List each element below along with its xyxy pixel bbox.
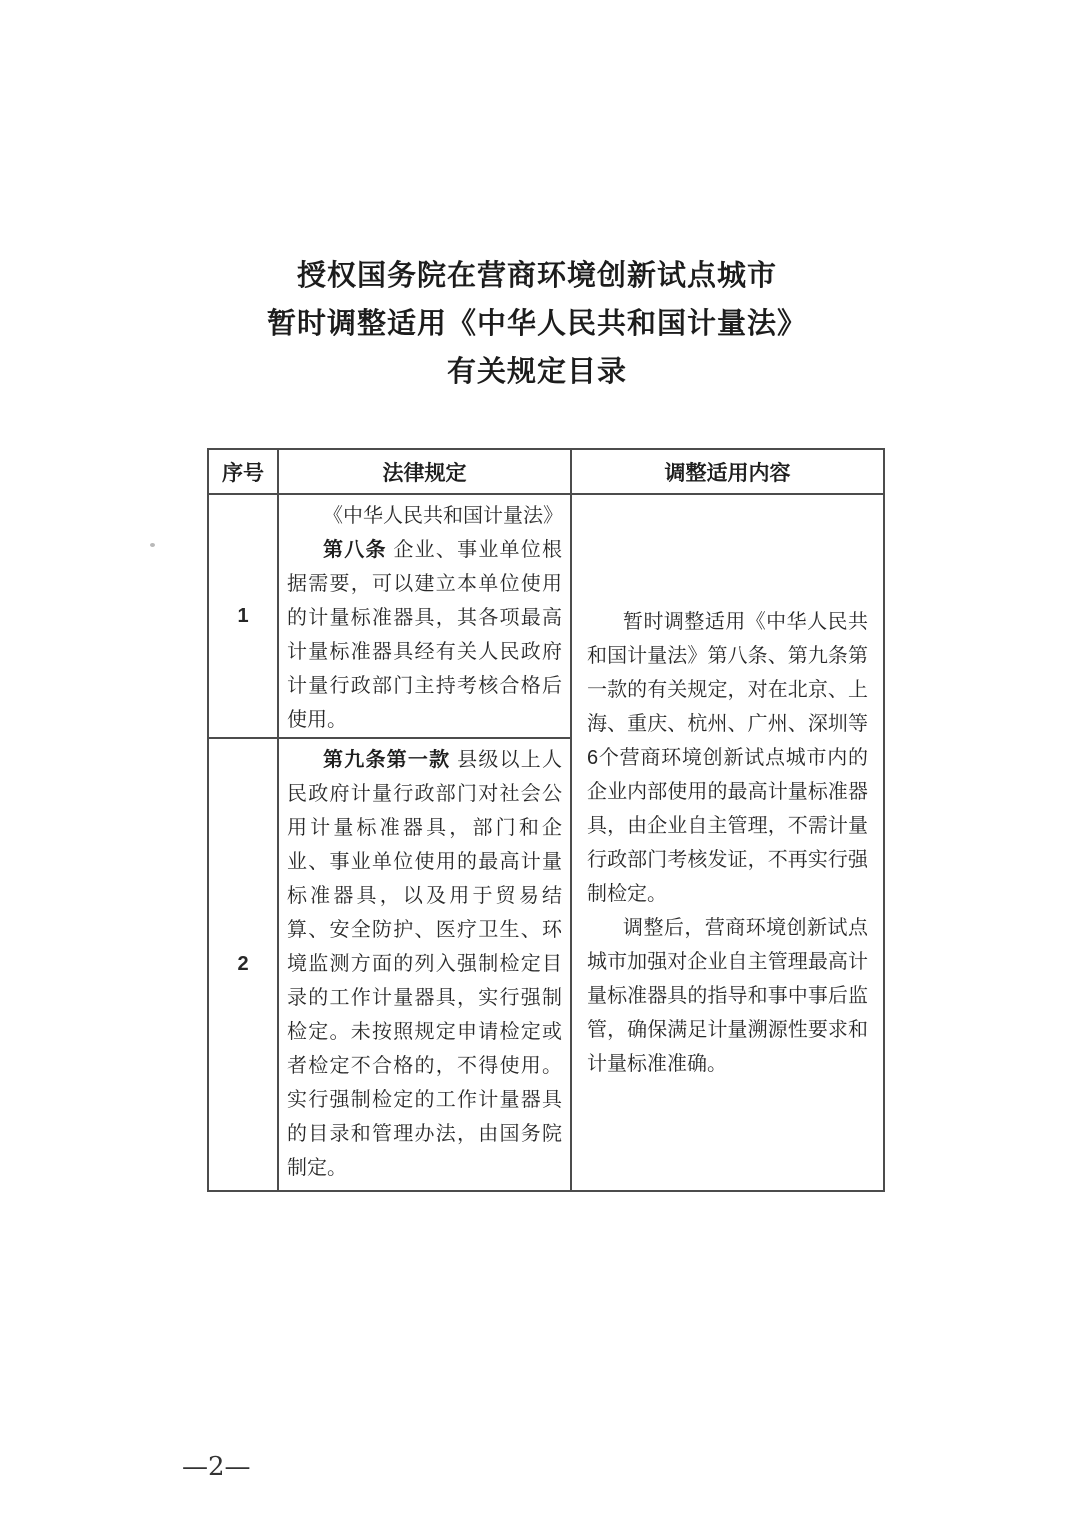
law-cell-row-2: 第九条第一款 县级以上人民政府计量行政部门对社会公用计量标准器具，部门和企业、事…: [278, 738, 571, 1191]
regulations-table: 序号 法律规定 调整适用内容 1 《中华人民共和国计量法》第八条 企业、事业单位…: [207, 448, 885, 1192]
law-text-row-2: 第九条第一款 县级以上人民政府计量行政部门对社会公用计量标准器具，部门和企业、事…: [287, 743, 562, 1185]
adjustment-text: 暂时调整适用《中华人民共和国计量法》第八条、第九条第一款的有关规定，对在北京、上…: [587, 605, 868, 1081]
header-cell-adjustment: 调整适用内容: [571, 449, 884, 494]
doc-title-line-2: 暂时调整适用《中华人民共和国计量法》: [0, 300, 1074, 348]
paragraph: 第九条第一款 县级以上人民政府计量行政部门对社会公用计量标准器具，部门和企业、事…: [287, 743, 562, 1185]
clause-label: 第九条第一款: [323, 749, 450, 771]
doc-title-line-3: 有关规定目录: [0, 348, 1074, 396]
law-text-row-1: 《中华人民共和国计量法》第八条 企业、事业单位根据需要，可以建立本单位使用的计量…: [287, 499, 562, 737]
doc-title-line-1: 授权国务院在营商环境创新试点城市: [0, 252, 1074, 300]
paragraph: 调整后，营商环境创新试点城市加强对企业自主管理最高计量标准器具的指导和事中事后监…: [587, 911, 868, 1081]
row-number-2: 2: [208, 738, 278, 1191]
adjustment-cell: 暂时调整适用《中华人民共和国计量法》第八条、第九条第一款的有关规定，对在北京、上…: [571, 494, 884, 1191]
paragraph: 暂时调整适用《中华人民共和国计量法》第八条、第九条第一款的有关规定，对在北京、上…: [587, 605, 868, 911]
document-page: 授权国务院在营商环境创新试点城市 暂时调整适用《中华人民共和国计量法》 有关规定…: [0, 0, 1074, 1520]
paragraph: 第八条 企业、事业单位根据需要，可以建立本单位使用的计量标准器具，其各项最高计量…: [287, 533, 562, 737]
header-cell-index: 序号: [208, 449, 278, 494]
law-cell-row-1: 《中华人民共和国计量法》第八条 企业、事业单位根据需要，可以建立本单位使用的计量…: [278, 494, 571, 738]
table-row-1: 1 《中华人民共和国计量法》第八条 企业、事业单位根据需要，可以建立本单位使用的…: [208, 494, 884, 738]
clause-label: 第八条: [323, 539, 387, 561]
table-header-row: 序号 法律规定 调整适用内容: [208, 449, 884, 494]
scan-speck-artifact: [150, 543, 155, 547]
row-number-1: 1: [208, 494, 278, 738]
page-number: —2—: [182, 1452, 251, 1482]
document-title: 授权国务院在营商环境创新试点城市 暂时调整适用《中华人民共和国计量法》 有关规定…: [0, 252, 1074, 396]
header-cell-law: 法律规定: [278, 449, 571, 494]
paragraph: 《中华人民共和国计量法》: [287, 499, 562, 533]
